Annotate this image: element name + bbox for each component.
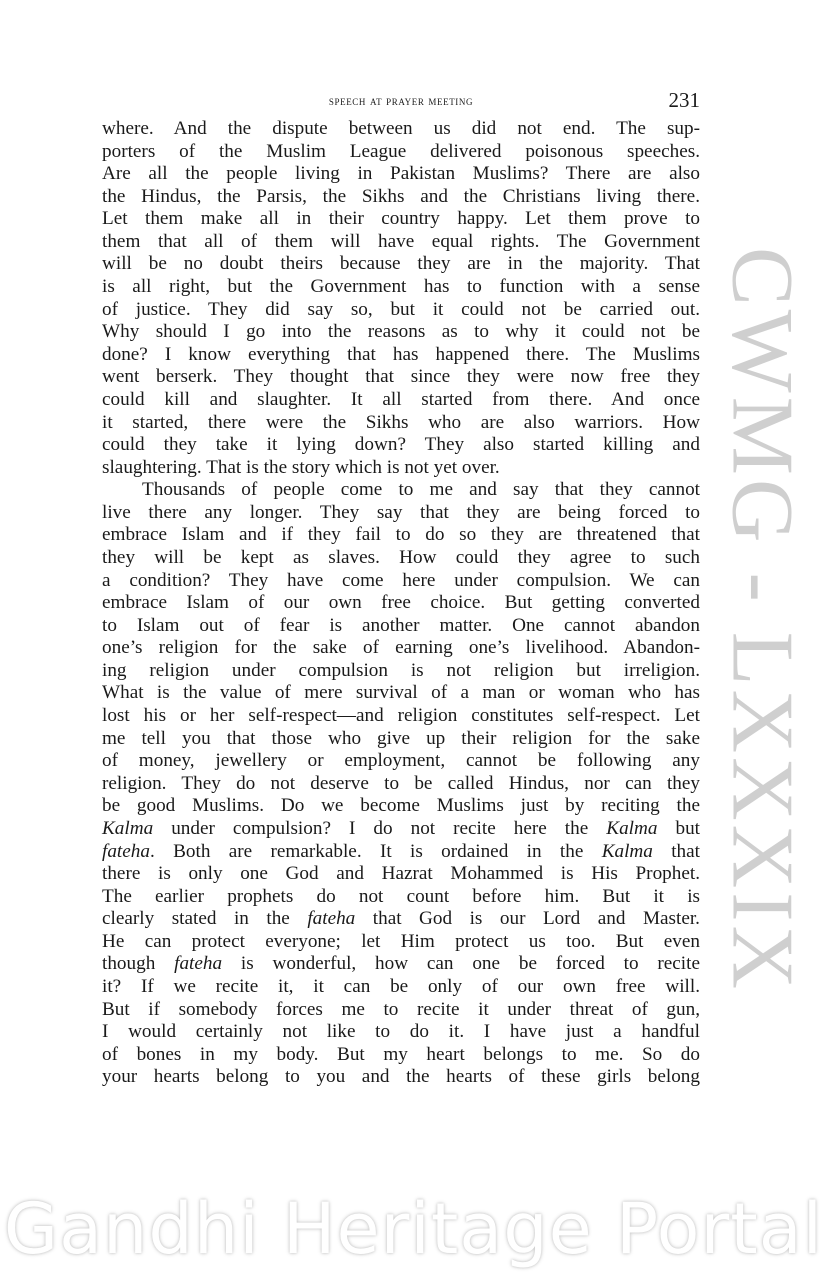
text-segment: that: [653, 841, 700, 862]
running-head: SPEECH AT PRAYER MEETING 231: [102, 88, 700, 112]
text-segment: there is only one God and Hazrat Mohamme…: [102, 863, 700, 884]
text-line: the Hindus, the Parsis, the Sikhs and th…: [102, 186, 700, 209]
text-segment: I would certainly not like to do it. I h…: [102, 1021, 700, 1042]
text-segment: What is the value of mere survival of a …: [102, 682, 700, 703]
text-segment: is wonderful, how can one be forced to r…: [222, 953, 700, 974]
text-segment: clearly stated in the: [102, 908, 307, 929]
text-line: done? I know everything that has happene…: [102, 344, 700, 367]
text-line: though fateha is wonderful, how can one …: [102, 953, 700, 976]
text-segment: embrace Islam of our own free choice. Bu…: [102, 592, 700, 613]
text-line: one’s religion for the sake of earning o…: [102, 637, 700, 660]
document-page: SPEECH AT PRAYER MEETING 231 where. And …: [0, 0, 827, 1272]
text-line: ing religion under compulsion is not rel…: [102, 660, 700, 683]
text-segment: porters of the Muslim League delivered p…: [102, 141, 700, 162]
text-segment: it? If we recite it, it can be only of o…: [102, 976, 700, 997]
text-line: of bones in my body. But my heart belong…: [102, 1044, 700, 1067]
text-segment: embrace Islam and if they fail to do so …: [102, 524, 700, 545]
text-segment: ing religion under compulsion is not rel…: [102, 660, 700, 681]
text-line: What is the value of mere survival of a …: [102, 682, 700, 705]
running-title: SPEECH AT PRAYER MEETING: [102, 93, 700, 109]
text-segment: Thousands of people come to me and say t…: [142, 479, 700, 500]
text-segment: one’s religion for the sake of earning o…: [102, 637, 700, 658]
side-watermark: CWMG - LXXXIX: [717, 200, 807, 1040]
text-line: But if somebody forces me to recite it u…: [102, 999, 700, 1022]
text-line: they will be kept as slaves. How could t…: [102, 547, 700, 570]
italic-term: Kalma: [602, 841, 653, 862]
text-line: of justice. They did say so, but it coul…: [102, 299, 700, 322]
text-line: fateha. Both are remarkable. It is ordai…: [102, 841, 700, 864]
text-line: Thousands of people come to me and say t…: [102, 479, 700, 502]
text-line: lost his or her self-respect—and religio…: [102, 705, 700, 728]
text-segment: but: [657, 818, 700, 839]
text-line: is all right, but the Government has to …: [102, 276, 700, 299]
text-line: could kill and slaughter. It all started…: [102, 389, 700, 412]
text-segment: of money, jewellery or employment, canno…: [102, 750, 700, 771]
text-segment: be good Muslims. Do we become Muslims ju…: [102, 795, 700, 816]
text-line: could they take it lying down? They also…: [102, 434, 700, 457]
text-line: porters of the Muslim League delivered p…: [102, 141, 700, 164]
text-segment: slaughtering. That is the story which is…: [102, 457, 500, 478]
italic-term: fateha: [174, 953, 222, 974]
text-line: Let them make all in their country happy…: [102, 208, 700, 231]
portal-watermark: Gandhi Heritage Portal: [0, 1188, 827, 1270]
text-segment: went berserk. They thought that since th…: [102, 366, 700, 387]
text-line: slaughtering. That is the story which is…: [102, 457, 700, 480]
text-line: Kalma under compulsion? I do not recite …: [102, 818, 700, 841]
text-segment: Are all the people living in Pakistan Mu…: [102, 163, 700, 184]
text-line: religion. They do not deserve to be call…: [102, 773, 700, 796]
italic-term: Kalma: [102, 818, 153, 839]
text-segment: He can protect everyone; let Him protect…: [102, 931, 700, 952]
italic-term: fateha: [307, 908, 355, 929]
text-line: Are all the people living in Pakistan Mu…: [102, 163, 700, 186]
text-segment: me tell you that those who give up their…: [102, 728, 700, 749]
text-segment: though: [102, 953, 174, 974]
text-segment: it started, there were the Sikhs who are…: [102, 412, 700, 433]
text-line: it? If we recite it, it can be only of o…: [102, 976, 700, 999]
text-line: The earlier prophets do not count before…: [102, 886, 700, 909]
text-segment: of justice. They did say so, but it coul…: [102, 299, 700, 320]
body-text: where. And the dispute between us did no…: [102, 118, 700, 1089]
text-segment: of bones in my body. But my heart belong…: [102, 1044, 700, 1065]
italic-term: Kalma: [606, 818, 657, 839]
text-segment: religion. They do not deserve to be call…: [102, 773, 700, 794]
text-line: Why should I go into the reasons as to w…: [102, 321, 700, 344]
text-line: be good Muslims. Do we become Muslims ju…: [102, 795, 700, 818]
text-line: me tell you that those who give up their…: [102, 728, 700, 751]
text-segment: live there any longer. They say that the…: [102, 502, 700, 523]
text-segment: your hearts belong to you and the hearts…: [102, 1066, 700, 1087]
text-line: there is only one God and Hazrat Mohamme…: [102, 863, 700, 886]
text-line: a condition? They have come here under c…: [102, 570, 700, 593]
text-line: clearly stated in the fateha that God is…: [102, 908, 700, 931]
text-segment: will be no doubt theirs because they are…: [102, 253, 700, 274]
text-segment: . Both are remarkable. It is ordained in…: [150, 841, 602, 862]
text-line: embrace Islam of our own free choice. Bu…: [102, 592, 700, 615]
text-segment: could kill and slaughter. It all started…: [102, 389, 700, 410]
text-segment: lost his or her self-respect—and religio…: [102, 705, 700, 726]
text-line: embrace Islam and if they fail to do so …: [102, 524, 700, 547]
text-line: it started, there were the Sikhs who are…: [102, 412, 700, 435]
italic-term: fateha: [102, 841, 150, 862]
text-segment: Let them make all in their country happy…: [102, 208, 700, 229]
text-segment: under compulsion? I do not recite here t…: [153, 818, 606, 839]
text-line: to Islam out of fear is another matter. …: [102, 615, 700, 638]
text-line: where. And the dispute between us did no…: [102, 118, 700, 141]
text-line: live there any longer. They say that the…: [102, 502, 700, 525]
text-line: went berserk. They thought that since th…: [102, 366, 700, 389]
text-segment: that God is our Lord and Master.: [355, 908, 700, 929]
text-line: will be no doubt theirs because they are…: [102, 253, 700, 276]
text-segment: to Islam out of fear is another matter. …: [102, 615, 700, 636]
text-segment: Why should I go into the reasons as to w…: [102, 321, 700, 342]
text-segment: where. And the dispute between us did no…: [102, 118, 700, 139]
text-segment: But if somebody forces me to recite it u…: [102, 999, 700, 1020]
text-segment: a condition? They have come here under c…: [102, 570, 700, 591]
text-segment: is all right, but the Government has to …: [102, 276, 700, 297]
text-line: I would certainly not like to do it. I h…: [102, 1021, 700, 1044]
text-segment: they will be kept as slaves. How could t…: [102, 547, 700, 568]
text-segment: the Hindus, the Parsis, the Sikhs and th…: [102, 186, 700, 207]
text-segment: could they take it lying down? They also…: [102, 434, 700, 455]
text-segment: them that all of them will have equal ri…: [102, 231, 700, 252]
text-line: them that all of them will have equal ri…: [102, 231, 700, 254]
side-watermark-text: CWMG - LXXXIX: [712, 247, 813, 993]
text-segment: done? I know everything that has happene…: [102, 344, 700, 365]
text-line: of money, jewellery or employment, canno…: [102, 750, 700, 773]
text-line: your hearts belong to you and the hearts…: [102, 1066, 700, 1089]
text-segment: The earlier prophets do not count before…: [102, 886, 700, 907]
page-number: 231: [669, 88, 701, 113]
text-line: He can protect everyone; let Him protect…: [102, 931, 700, 954]
